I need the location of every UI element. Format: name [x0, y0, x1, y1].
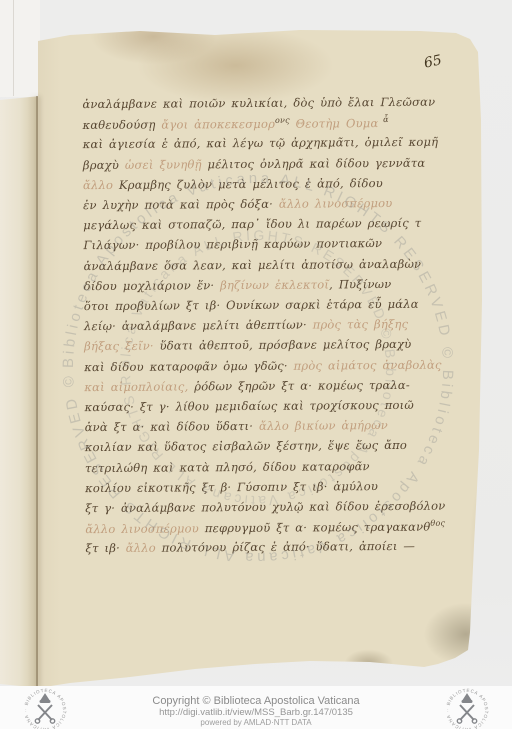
manuscript-segment: μεγάλως καὶ στοπαζῶ, παρ᾽ ἴδου λι παρέων…: [83, 216, 421, 232]
crossed-keys-icon: [35, 705, 54, 723]
vatican-library-emblem-left: · BIBLIOTECA APOSTOLICA VATICANA ·: [22, 687, 68, 729]
manuscript-segment: ἄλλο λινοσπέρμου: [279, 196, 393, 211]
manuscript-segment: καύσας· ξτ γ· λίθου μεμιδαίως καὶ τροχίσ…: [84, 398, 413, 414]
manuscript-segment: δίδου μοχλιάριον ἕν·: [84, 278, 220, 293]
manuscript-line: ἀναλάμβανε καὶ ποιῶν κυλικίαι, δὸς ὑπὸ ἔ…: [82, 95, 435, 117]
manuscript-segment: ὡσεὶ ξυνηθῇ: [125, 157, 202, 172]
manuscript-line: Γιλάγων· προβίλου περιβινῇ καρύων ποντια…: [83, 236, 382, 258]
manuscript-segment: ἄλλο βικίων ἀμήρων: [259, 418, 388, 433]
manuscript-segment: κοιλίαν καὶ ὕδατος εἰσβαλῶν ξέστην, ἕψε …: [85, 438, 407, 454]
manuscript-line: ἄλλο Κραμβης ζυλὸν μετὰ μέλιτος ἑ ἀπό, δ…: [83, 176, 383, 198]
manuscript-line: καὶ ἀγιεσία ἑ ἀπό, καὶ λέγω τῷ ἀρχηκμᾶτι…: [83, 135, 439, 157]
manuscript-segment: ἇ: [378, 115, 388, 124]
manuscript-segment: ἀνὰ ξτ α· καὶ δίδου ὕδατι·: [85, 419, 259, 434]
copyright-line: Copyright © Biblioteca Apostolica Vatica…: [0, 686, 512, 707]
manuscript-segment: ἄλλο λινοσπέρμου: [85, 521, 205, 536]
manuscript-segment: ονς: [275, 116, 290, 125]
manuscript-line: μεγάλως καὶ στοπαζῶ, παρ᾽ ἴδου λι παρέων…: [83, 216, 421, 238]
manuscript-line: ξτ γ· ἀναλάμβανε πολυτόνου χυλῷ καὶ δίδο…: [85, 499, 445, 522]
manuscript-line: ὅτοι προβυλίων ξτ ιβ· Ουνίκων σαρκὶ ἑτάρ…: [84, 297, 419, 319]
manuscript-segment: λείῳ· ἀναλάμβανε μελίτι ἀθεπτίων·: [84, 318, 313, 334]
manuscript-segment: ἀναλάμβανε καὶ ποιῶν κυλικίαι, δὸς ὑπὸ ἔ…: [82, 95, 435, 111]
manuscript-line: τετριλώθη καὶ κατὰ πλησό, δίδου καταροφᾶ…: [85, 459, 370, 481]
manuscript-line: ἀνὰ ξτ α· καὶ δίδου ὕδατι· ἄλλο βικίων ἀ…: [85, 418, 388, 440]
manuscript-segment: πολυτόνου ῥίζας ἑ ἀπό· ὕδατι, ἀποίει —: [162, 539, 416, 555]
manuscript-segment: πρὸς αἱμάτος ἀναβολὰς: [294, 357, 442, 372]
manuscript-segment: βηζίνων ἐκλεκτοῖ: [220, 277, 329, 292]
manuscript-line: βήξας ξεῖν· ὕδατι ἀθεπτοῦ, πρόσβανε μελί…: [84, 337, 411, 359]
manuscript-segment: ὅτοι προβυλίων ξτ ιβ· Ουνίκων σαρκὶ ἑτάρ…: [84, 297, 419, 313]
tiara-icon: [40, 694, 50, 703]
manuscript-line: ἀναλάμβανε ὅσα λεαν, καὶ μελίτι ἀποτίσω …: [84, 256, 422, 278]
powered-by-line: powered by AMLAD·NTT DATA: [0, 718, 512, 727]
manuscript-segment: θος: [430, 519, 445, 528]
manuscript-segment: ῥόδων ξηρῶν ξτ α· κομέως τραλα-: [194, 378, 410, 394]
source-url-line: http://digi.vatlib.it/view/MSS_Barb.gr.1…: [0, 707, 512, 718]
manuscript-line: καὶ αἱμοπλοίαις, ῥόδων ξηρῶν ξτ α· κομέω…: [84, 378, 410, 400]
manuscript-segment: κοιλίου εἰκοτικῆς ξτ β· Γύσοπιν ξτ ιβ· ἀ…: [85, 479, 378, 495]
manuscript-segment: ἄλλο: [126, 541, 162, 555]
manuscript-segment: βήξας ξεῖν·: [84, 339, 160, 354]
manuscript-segment: , Πυξίνων: [329, 277, 391, 291]
manuscript-line: κοιλίου εἰκοτικῆς ξτ β· Γύσοπιν ξτ ιβ· ἀ…: [85, 479, 378, 501]
manuscript-segment: τετριλώθη καὶ κατὰ πλησό, δίδου καταροφᾶ…: [85, 459, 370, 475]
backdrop-seam-line: [13, 0, 14, 96]
manuscript-line: καθευδούσῃ ἄγοι ἀποκεκεσμορονς Θεοτὴμ Ου…: [83, 115, 389, 137]
manuscript-segment: ἐν λυχὴν ποτὰ καὶ πρὸς δόξα·: [83, 197, 279, 212]
crossed-keys-icon: [457, 705, 476, 723]
manuscript-segment: Θεοτὴμ Ουμα: [290, 116, 379, 131]
binding-fold-line: [36, 96, 38, 688]
manuscript-segment: ἀναλάμβανε ὅσα λεαν, καὶ μελίτι ἀποτίσω …: [84, 256, 422, 272]
manuscript-segment: ὕδατι ἀθεπτοῦ, πρόσβανε μελίτος βραχὺ: [160, 337, 412, 353]
manuscript-segment: καθευδούσῃ: [83, 118, 162, 133]
manuscript-segment: Γιλάγων· προβίλου περιβινῇ καρύων ποντια…: [83, 236, 382, 252]
scan-viewer-page: 65 ἀναλάμβανε καὶ ποιῶν κυλικίαι, δὸς ὑπ…: [0, 0, 512, 729]
manuscript-segment: καὶ δίδου καταροφᾶν ὁμω γδῶς·: [84, 358, 293, 373]
manuscript-line: λείῳ· ἀναλάμβανε μελίτι ἀθεπτίων· πρὸς τ…: [84, 317, 408, 339]
tiara-icon: [462, 694, 472, 703]
vatican-library-emblem-right: · BIBLIOTECA APOSTOLICA VATICANA ·: [444, 687, 490, 729]
manuscript-line: ξτ ιβ· ἄλλο πολυτόνου ῥίζας ἑ ἀπό· ὕδατι…: [85, 539, 415, 561]
manuscript-line: δίδου μοχλιάριον ἕν· βηζίνων ἐκλεκτοῖ, Π…: [84, 277, 392, 299]
previous-page-edge: [0, 96, 40, 688]
manuscript-segment: καὶ ἀγιεσία ἑ ἀπό, καὶ λέγω τῷ ἀρχηκμᾶτι…: [83, 135, 439, 151]
manuscript-line: βραχὺ ὡσεὶ ξυνηθῇ μέλιτος ὀνληρᾶ καὶ δίδ…: [83, 155, 426, 177]
manuscript-segment: μέλιτος ὀνληρᾶ καὶ δίδου γεννᾶτα: [202, 155, 426, 171]
manuscript-segment: ξτ ιβ·: [85, 541, 125, 555]
backdrop-top-left: [0, 0, 40, 97]
manuscript-segment: ἄλλο: [83, 178, 119, 192]
manuscript-segment: ἄγοι ἀποκεκεσμορ: [161, 117, 275, 132]
manuscript-segment: βραχὺ: [83, 157, 125, 171]
manuscript-text: ἀναλάμβανε καὶ ποιῶν κυλικίαι, δὸς ὑπὸ ἔ…: [82, 95, 415, 562]
footer: Copyright © Biblioteca Apostolica Vatica…: [0, 686, 512, 729]
manuscript-segment: Κραμβης ζυλὸν μετὰ μέλιτος ἑ ἀπό, δίδου: [119, 176, 383, 192]
manuscript-segment: πεφρυγμοῦ ξτ α· κομέως τραγακανθ: [205, 520, 431, 536]
manuscript-segment: καὶ αἱμοπλοίαις,: [84, 379, 194, 394]
manuscript-segment: ξτ γ· ἀναλάμβανε πολυτόνου χυλῷ καὶ δίδο…: [85, 499, 445, 516]
manuscript-line: ἄλλο λινοσπέρμου πεφρυγμοῦ ξτ α· κομέως …: [85, 519, 445, 542]
manuscript-line: καὶ δίδου καταροφᾶν ὁμω γδῶς· πρὸς αἱμάτ…: [84, 357, 442, 379]
manuscript-line: κοιλίαν καὶ ὕδατος εἰσβαλῶν ξέστην, ἕψε …: [85, 438, 407, 460]
manuscript-line: καύσας· ξτ γ· λίθου μεμιδαίως καὶ τροχίσ…: [84, 398, 413, 420]
manuscript-line: ἐν λυχὴν ποτὰ καὶ πρὸς δόξα· ἄλλο λινοσπ…: [83, 196, 392, 218]
manuscript-segment: πρὸς τὰς βήξης: [313, 317, 409, 332]
